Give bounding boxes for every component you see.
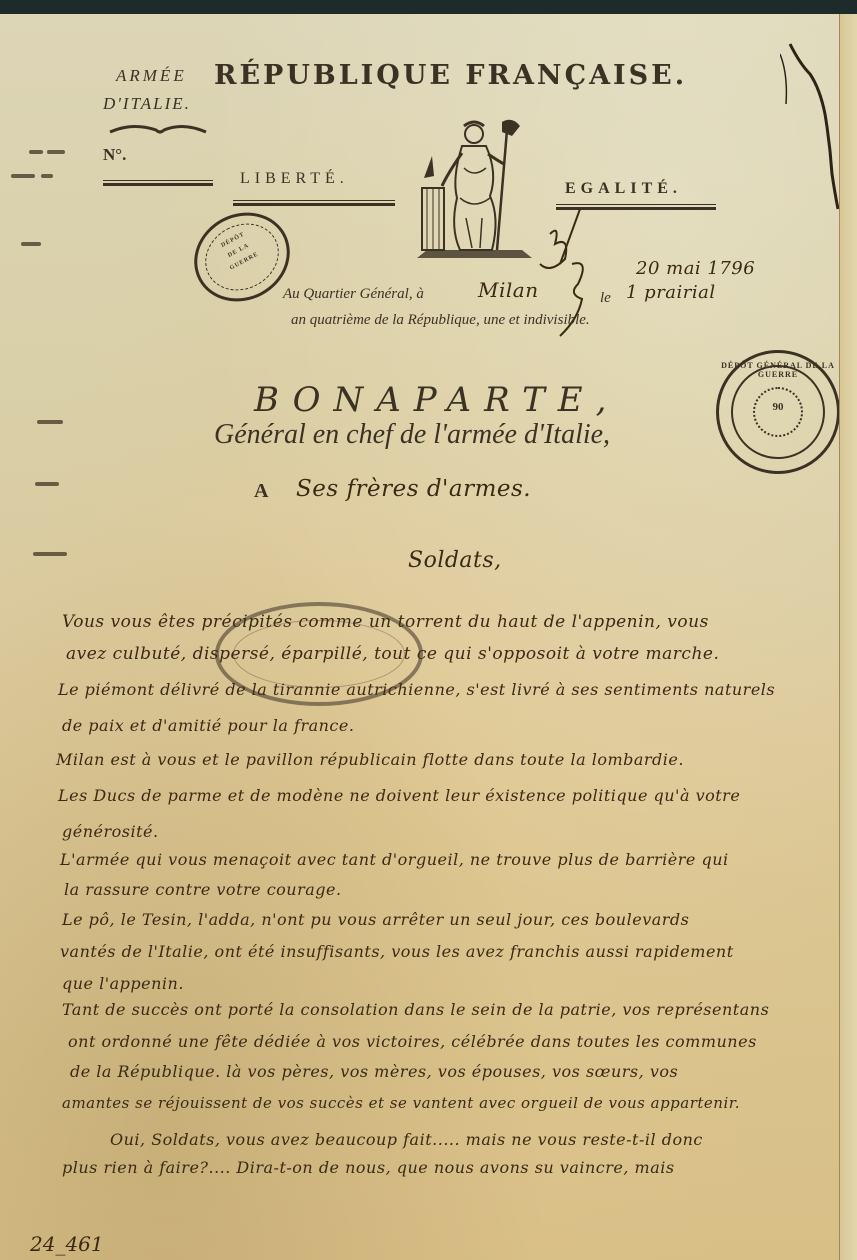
letter-line: Le piémont délivré de la tirannie autric… xyxy=(58,680,775,699)
liberty-figure-icon xyxy=(412,118,537,268)
salutation: Soldats, xyxy=(408,548,502,573)
depot-guerre-stamp: DÉPÔT GÉNÉRAL DE LA GUERRE 90 xyxy=(716,350,840,474)
republic-year-line: an quatrième de la République, une et in… xyxy=(291,312,590,329)
date-annotation: 20 mai 1796 xyxy=(636,258,755,279)
handwritten-place: Milan xyxy=(478,278,539,302)
ornament-swash-icon xyxy=(108,122,208,136)
letter-line: Oui, Soldats, vous avez beaucoup fait...… xyxy=(110,1130,703,1149)
document-page: ARMÉE D'ITALIE. RÉPUBLIQUE FRANÇAISE. N°… xyxy=(0,14,840,1260)
letter-line: la rassure contre votre courage. xyxy=(64,880,342,899)
author-title: Général en chef de l'armée d'Italie, xyxy=(214,419,610,451)
rule-line xyxy=(103,180,213,186)
letter-line: générosité. xyxy=(62,822,159,841)
headquarters-line: Au Quartier Général, à xyxy=(283,286,424,303)
address-prefix: A xyxy=(254,480,268,503)
letter-line: Milan est à vous et le pavillon républic… xyxy=(56,750,684,769)
handwritten-date: 1 prairial xyxy=(626,282,716,303)
letter-line: plus rien à faire?.... Dira-t-on de nous… xyxy=(62,1158,675,1177)
date-le-label: le xyxy=(600,290,611,307)
margin-ink-mark xyxy=(5,552,65,558)
page-edge xyxy=(839,14,857,1260)
letter-line: L'armée qui vous menaçoit avec tant d'or… xyxy=(60,850,729,869)
letter-line: Les Ducs de parme et de modène ne doiven… xyxy=(58,786,740,805)
motto-egalite: EGALITÉ. xyxy=(565,180,682,198)
number-label: N°. xyxy=(103,145,126,165)
letter-line: vantés de l'Italie, ont été insuffisants… xyxy=(60,942,734,961)
letter-line: de paix et d'amitié pour la france. xyxy=(62,716,354,735)
letter-line: ont ordonné une fête dédiée à vos victoi… xyxy=(68,1032,757,1051)
margin-ink-mark xyxy=(5,150,65,156)
letter-line: avez culbuté, dispersé, éparpillé, tout … xyxy=(66,644,719,664)
author-name: BONAPARTE, xyxy=(254,380,619,420)
army-region-label: D'ITALIE. xyxy=(103,94,191,114)
letter-line: Vous vous êtes précipités comme un torre… xyxy=(62,612,709,632)
catalog-number: 24_461 xyxy=(30,1232,104,1256)
paper-tear-mark xyxy=(780,34,840,214)
motto-liberte: LIBERTÉ. xyxy=(240,170,349,188)
letter-line: Tant de succès ont porté la consolation … xyxy=(62,1000,769,1019)
army-label: ARMÉE xyxy=(116,66,187,86)
address-recipients: Ses frères d'armes. xyxy=(296,476,531,502)
republic-title: RÉPUBLIQUE FRANÇAISE. xyxy=(214,60,687,91)
letter-line: Le pô, le Tesin, l'adda, n'ont pu vous a… xyxy=(62,910,689,929)
margin-ink-mark xyxy=(5,420,65,426)
margin-ink-mark xyxy=(5,242,65,248)
margin-ink-mark xyxy=(5,174,65,180)
letter-line: de la République. là vos pères, vos mère… xyxy=(70,1062,678,1081)
rule-line xyxy=(233,200,395,206)
margin-ink-mark xyxy=(5,482,65,488)
letter-line: amantes se réjouissent de vos succès et … xyxy=(62,1094,740,1112)
letter-line: que l'appenin. xyxy=(62,974,184,993)
